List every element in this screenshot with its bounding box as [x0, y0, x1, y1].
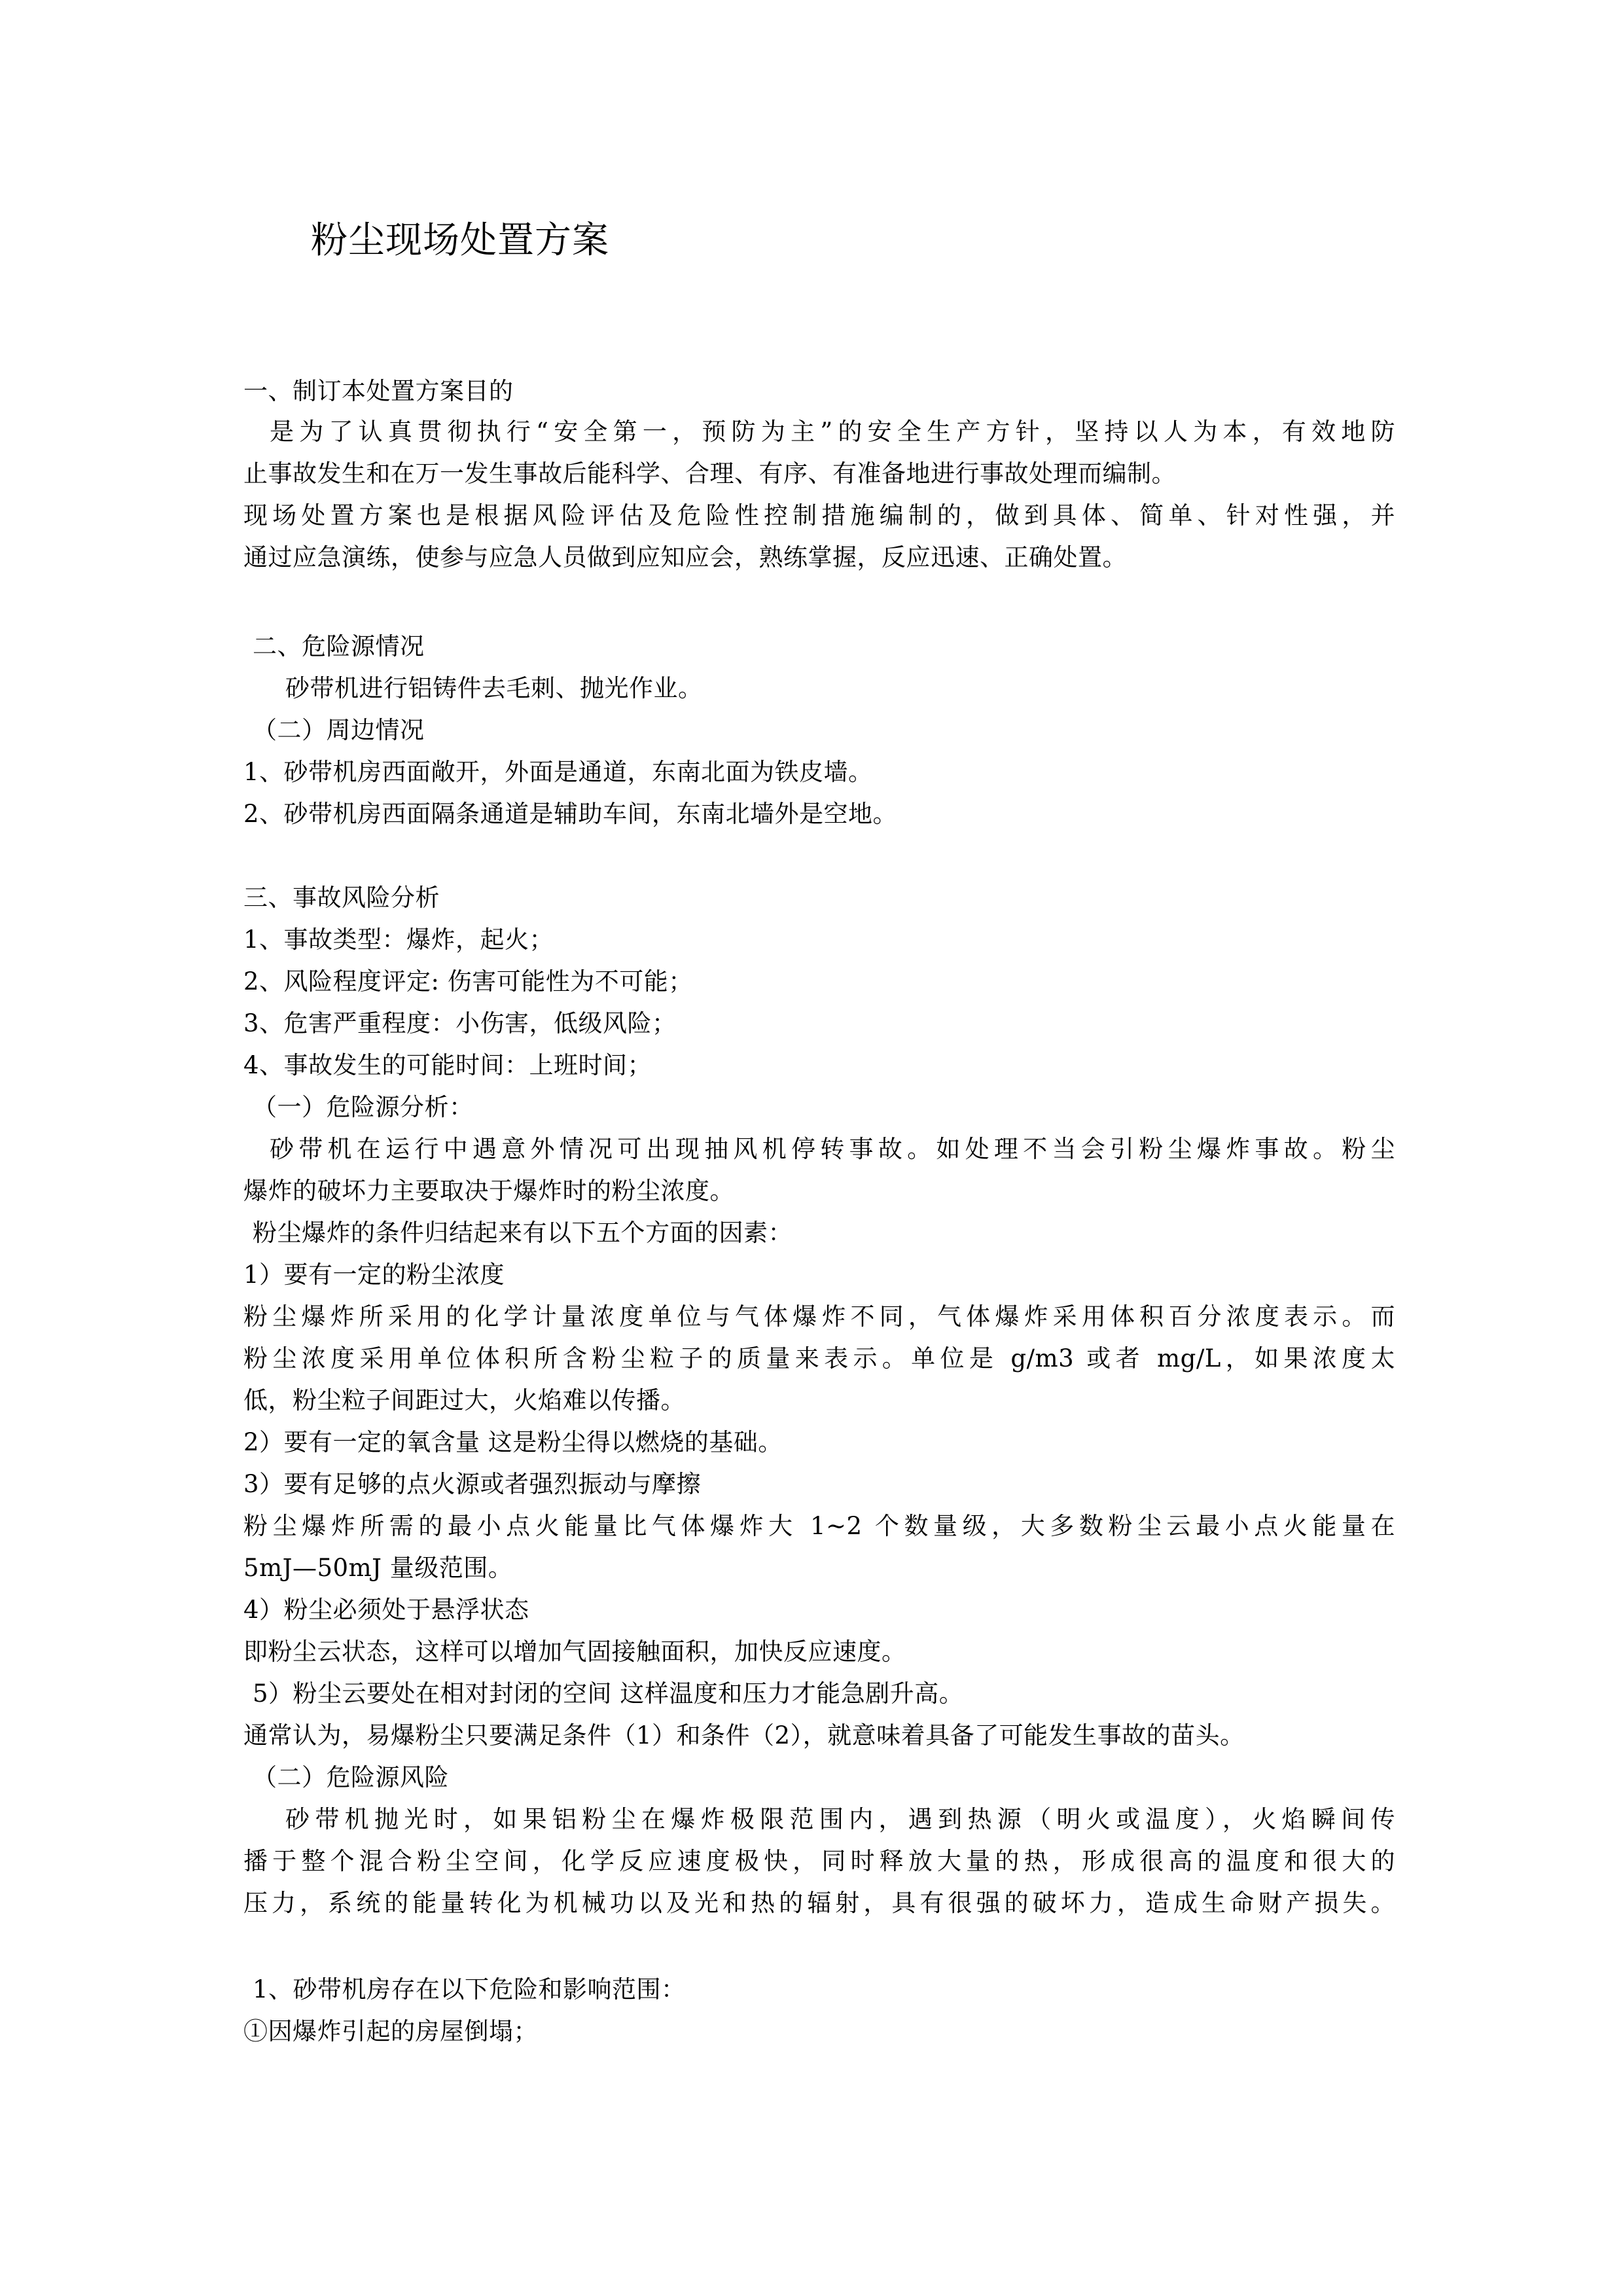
paragraph-line: 爆炸的破坏力主要取决于爆炸时的粉尘浓度。	[243, 1172, 734, 1211]
paragraph-line: 通常认为，易爆粉尘只要满足条件（1）和条件（2），就意味着具备了可能发生事故的苗…	[243, 1716, 1245, 1755]
section-heading-risk-analysis: 三、事故风险分析	[243, 878, 440, 918]
paragraph-line: 播于整个混合粉尘空间，化学反应速度极快，同时释放大量的热，形成很高的温度和很大的	[243, 1842, 1395, 1881]
condition-heading-5: 5）粉尘云要处在相对封闭的空间 这样温度和压力才能急剧升高。	[253, 1674, 963, 1713]
list-item: 1、砂带机房西面敞开，外面是通道，东南北面为铁皮墙。	[243, 753, 873, 792]
condition-heading-1: 1）要有一定的粉尘浓度	[243, 1255, 505, 1295]
paragraph-line: 低，粉尘粒子间距过大，火焰难以传播。	[243, 1381, 685, 1420]
condition-heading-2: 2）要有一定的氧含量 这是粉尘得以燃烧的基础。	[243, 1423, 783, 1462]
list-heading-impact-scope: 1、砂带机房存在以下危险和影响范围：	[253, 1970, 686, 2009]
subsection-heading-hazard-analysis: （一）危险源分析：	[253, 1088, 474, 1127]
paragraph-line: 粉尘爆炸所需的最小点火能量比气体爆炸大 1~2 个数量级，大多数粉尘云最小点火能…	[243, 1507, 1395, 1546]
paragraph-line: 即粉尘云状态，这样可以增加气固接触面积，加快反应速度。	[243, 1632, 906, 1672]
list-item: 2、砂带机房西面隔条通道是辅助车间，东南北墙外是空地。	[243, 795, 897, 834]
paragraph-line: 粉尘爆炸所采用的化学计量浓度单位与气体爆炸不同，气体爆炸采用体积百分浓度表示。而	[243, 1297, 1395, 1336]
list-item: 3、危害严重程度：小伤害，低级风险；	[243, 1004, 677, 1043]
section-heading-hazard: 二、危险源情况	[253, 627, 425, 666]
paragraph-line: 是为了认真贯彻执行“安全第一，预防为主”的安全生产方针，坚持以人为本，有效地防	[270, 412, 1395, 452]
document-title: 粉尘现场处置方案	[311, 215, 609, 267]
list-item: ①因爆炸引起的房屋倒塌；	[243, 2012, 538, 2051]
subsection-heading-hazard-risk: （二）危险源风险	[253, 1758, 449, 1797]
condition-heading-3: 3）要有足够的点火源或者强烈振动与摩擦	[243, 1465, 701, 1504]
paragraph-line: 通过应急演练，使参与应急人员做到应知应会，熟练掌握，反应迅速、正确处置。	[243, 538, 1127, 577]
list-item: 1、事故类型：爆炸，起火；	[243, 920, 554, 960]
paragraph-line: 止事故发生和在万一发生事故后能科学、合理、有序、有准备地进行事故处理而编制。	[243, 454, 1176, 493]
paragraph-line: 现场处置方案也是根据风险评估及危险性控制措施编制的，做到具体、简单、针对性强，并	[243, 496, 1395, 535]
paragraph-line: 5mJ—50mJ 量级范围。	[243, 1549, 512, 1588]
list-item: 2、风险程度评定: 伤害可能性为不可能；	[243, 962, 693, 1001]
list-item: 4、事故发生的可能时间：上班时间；	[243, 1046, 652, 1085]
paragraph-line: 粉尘浓度采用单位体积所含粉尘粒子的质量来表示。单位是 g/m3 或者 mg/L，…	[243, 1339, 1395, 1378]
paragraph-line: 砂带机进行铝铸件去毛刺、抛光作业。	[285, 669, 703, 708]
paragraph-line: 砂带机在运行中遇意外情况可出现抽风机停转事故。如处理不当会引粉尘爆炸事故。粉尘	[270, 1130, 1395, 1169]
paragraph-line: 粉尘爆炸的条件归结起来有以下五个方面的因素：	[253, 1213, 793, 1253]
paragraph-line: 压力，系统的能量转化为机械功以及光和热的辐射，具有很强的破坏力，造成生命财产损失…	[243, 1884, 1395, 1923]
paragraph-line: 砂带机抛光时，如果铝粉尘在爆炸极限范围内，遇到热源（明火或温度），火焰瞬间传	[285, 1800, 1395, 1839]
section-heading-purpose: 一、制订本处置方案目的	[243, 372, 514, 411]
subsection-heading-surroundings: （二）周边情况	[253, 711, 425, 750]
condition-heading-4: 4）粉尘必须处于悬浮状态	[243, 1590, 529, 1630]
